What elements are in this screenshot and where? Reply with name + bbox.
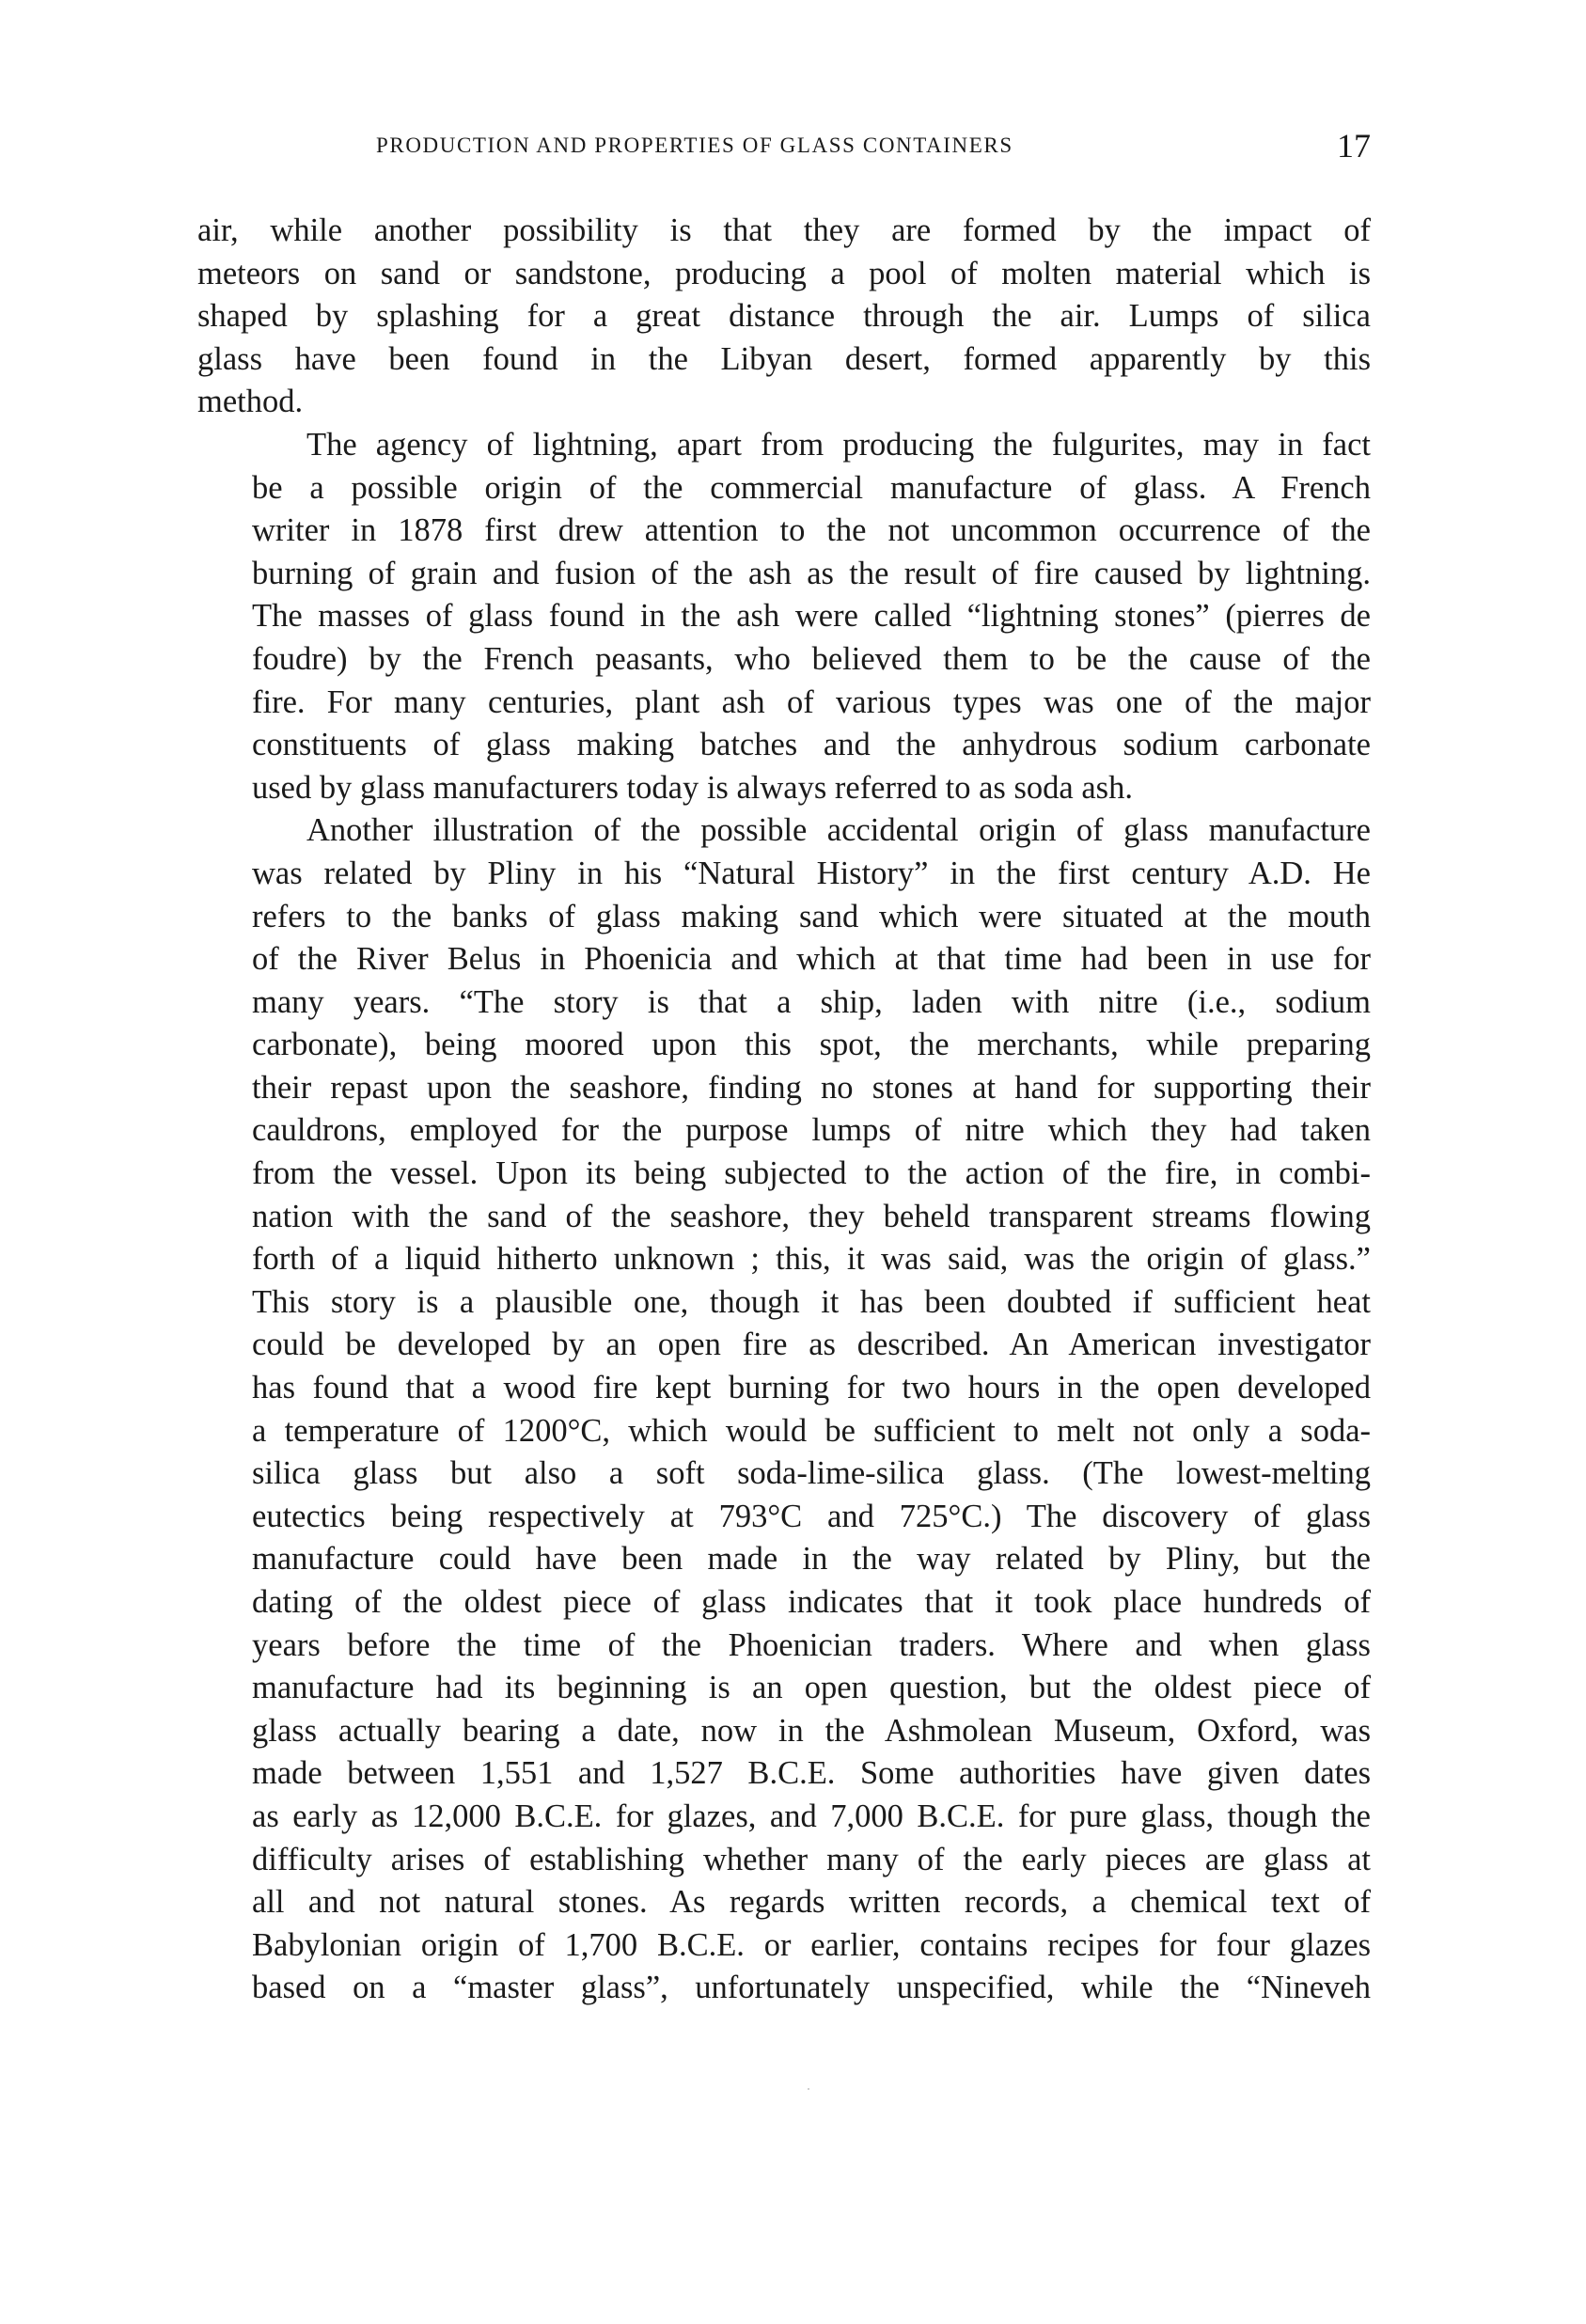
- text-line: made between 1,551 and 1,527 B.C.E. Some…: [197, 1752, 1371, 1796]
- text-line: dating of the oldest piece of glass indi…: [197, 1581, 1371, 1625]
- text-line: carbonate), being moored upon this spot,…: [197, 1024, 1371, 1067]
- running-head: PRODUCTION AND PROPERTIES OF GLASS CONTA…: [197, 130, 1371, 167]
- text-line: This story is a plausible one, though it…: [197, 1281, 1371, 1325]
- text-line: many years. “The story is that a ship, l…: [197, 981, 1371, 1025]
- text-line: difficulty arises of establishing whethe…: [197, 1839, 1371, 1882]
- text-line: writer in 1878 first drew attention to t…: [197, 510, 1371, 553]
- text-line: manufacture could have been made in the …: [197, 1538, 1371, 1581]
- text-line: fire. For many centuries, plant ash of v…: [197, 682, 1371, 725]
- text-line: silica glass but also a soft soda-lime-s…: [197, 1452, 1371, 1496]
- text-line: Babylonian origin of 1,700 B.C.E. or ear…: [197, 1924, 1371, 1968]
- text-line: glass have been found in the Libyan dese…: [197, 338, 1371, 382]
- text-line: glass actually bearing a date, now in th…: [197, 1710, 1371, 1753]
- text-line: from the vessel. Upon its being subjecte…: [197, 1153, 1371, 1196]
- text-line: their repast upon the seashore, finding …: [197, 1067, 1371, 1110]
- text-line: foudre) by the French peasants, who beli…: [197, 638, 1371, 682]
- text-line: constituents of glass making batches and…: [197, 724, 1371, 767]
- document-page: PRODUCTION AND PROPERTIES OF GLASS CONTA…: [0, 0, 1586, 2324]
- text-line: years before the time of the Phoenician …: [197, 1625, 1371, 1668]
- text-line: be a possible origin of the commercial m…: [197, 467, 1371, 510]
- text-line: has found that a wood fire kept burning …: [197, 1367, 1371, 1410]
- text-line: manufacture had its beginning is an open…: [197, 1667, 1371, 1710]
- text-line: based on a “master glass”, unfortunately…: [197, 1967, 1371, 2010]
- text-line: The masses of glass found in the ash wer…: [197, 595, 1371, 638]
- body-text: air, while another possibility is that t…: [197, 210, 1371, 2010]
- text-line: as early as 12,000 B.C.E. for glazes, an…: [197, 1796, 1371, 1839]
- text-line: Another illustration of the possible acc…: [197, 809, 1371, 853]
- text-line: eutectics being respectively at 793°C an…: [197, 1496, 1371, 1539]
- text-line: forth of a liquid hitherto unknown ; thi…: [197, 1238, 1371, 1281]
- text-line: could be developed by an open fire as de…: [197, 1324, 1371, 1367]
- text-line: cauldrons, employed for the purpose lump…: [197, 1109, 1371, 1153]
- text-line: air, while another possibility is that t…: [197, 210, 1371, 253]
- text-line: refers to the banks of glass making sand…: [197, 896, 1371, 939]
- paragraph-2: The agency of lightning, apart from prod…: [197, 424, 1371, 809]
- text-line: all and not natural stones. As regards w…: [197, 1881, 1371, 1924]
- text-line: used by glass manufacturers today is alw…: [197, 767, 1371, 810]
- scan-speck: [808, 2088, 809, 2090]
- text-line: burning of grain and fusion of the ash a…: [197, 553, 1371, 596]
- paragraph-3: Another illustration of the possible acc…: [197, 809, 1371, 2010]
- text-line: of the River Belus in Phoenicia and whic…: [197, 938, 1371, 981]
- page-number: 17: [1337, 126, 1371, 165]
- text-line: shaped by splashing for a great distance…: [197, 295, 1371, 338]
- text-line: was related by Pliny in his “Natural His…: [197, 853, 1371, 896]
- text-line: a temperature of 1200°C, which would be …: [197, 1410, 1371, 1453]
- text-line: nation with the sand of the seashore, th…: [197, 1196, 1371, 1239]
- text-line: meteors on sand or sandstone, producing …: [197, 253, 1371, 296]
- text-line: method.: [197, 381, 1371, 424]
- running-title: PRODUCTION AND PROPERTIES OF GLASS CONTA…: [376, 133, 1013, 158]
- text-line: The agency of lightning, apart from prod…: [197, 424, 1371, 467]
- paragraph-1: air, while another possibility is that t…: [197, 210, 1371, 424]
